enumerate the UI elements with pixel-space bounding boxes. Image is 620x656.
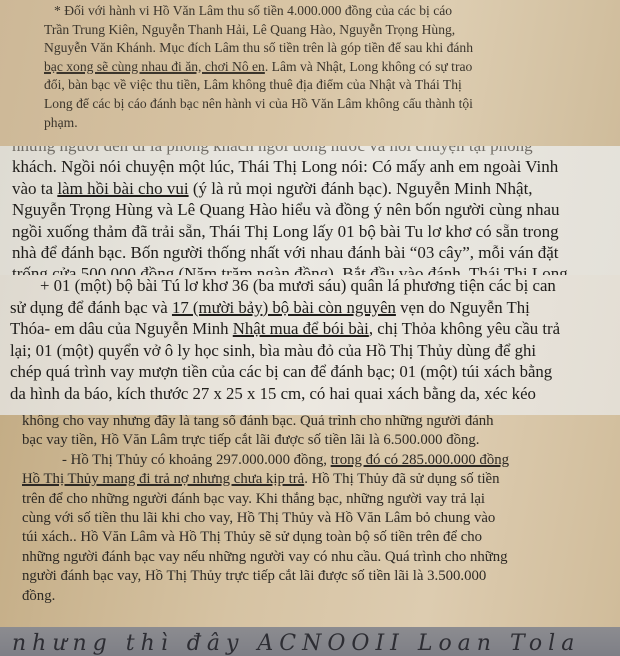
text-line: bạc xong sẽ cùng nhau đi ăn, chơi Nô en.… — [44, 58, 592, 77]
text-span: Thóa- em dâu của Nguyễn Minh — [10, 319, 233, 338]
document-strip-4: không cho vay nhưng đây là tang số đánh … — [0, 415, 620, 627]
text-line: chép quá trình vay mượn tiền của các bị … — [10, 361, 614, 383]
text-span: . Hồ Thị Thủy đã sử dụng số tiền — [304, 471, 499, 487]
document-strip-3: + 01 (một) bộ bài Tú lơ khơ 36 (ba mươi … — [0, 275, 620, 415]
text-line: Thóa- em dâu của Nguyễn Minh Nhật mua để… — [10, 318, 614, 340]
text-span: vẹn do Nguyễn Thị — [396, 298, 530, 317]
text-span: (ý là rủ mọi người đánh bạc). Nguyễn Min… — [189, 179, 533, 198]
document-strip-1: * Đối với hành vi Hồ Văn Lâm thu số tiền… — [0, 0, 620, 146]
text-line: sử dụng để đánh bạc và 17 (mười bảy) bộ … — [10, 297, 614, 319]
text-line: đồng. — [22, 587, 602, 606]
handwriting-text: nhưng thì đây ACNOOII Loan Tola — [12, 631, 580, 656]
text-line: Nguyễn Văn Khánh. Mục đích Lâm thu số ti… — [44, 39, 592, 58]
text-line: Long để các bị cáo đánh bạc nên hành vi … — [44, 95, 592, 114]
handwritten-strip: nhưng thì đây ACNOOII Loan Tola — [0, 627, 620, 656]
text-line: túi xách.. Hồ Văn Lâm và Hồ Thị Thủy sẽ … — [22, 528, 602, 547]
text-line: nhà để đánh bạc. Bốn người thống nhất vớ… — [12, 242, 610, 263]
underlined-text: làm hồi bài cho vui — [57, 179, 188, 198]
text-line: trên để cho những người đánh bạc vay. Kh… — [22, 490, 602, 509]
text-line: cùng với số tiền thu lãi khi cho vay, Hồ… — [22, 509, 602, 528]
text-line: Nguyễn Trọng Hùng và Lê Quang Hào hiểu v… — [12, 199, 610, 220]
underlined-text: 17 (mười bảy) bộ bài còn nguyên — [172, 298, 396, 317]
text-line: Trần Trung Kiên, Nguyễn Thanh Hải, Lê Qu… — [44, 21, 592, 40]
text-line: - Hồ Thị Thủy có khoảng 297.000.000 đồng… — [22, 451, 602, 470]
text-line: ngồi xuống thảm đã trải sẵn, Thái Thị Lo… — [12, 221, 610, 242]
text-line: vào ta làm hồi bài cho vui (ý là rủ mọi … — [12, 178, 610, 199]
text-span: sử dụng để đánh bạc và — [10, 298, 172, 317]
text-line: * Đối với hành vi Hồ Văn Lâm thu số tiền… — [44, 2, 592, 21]
document-strip-2: những người đến đi là phòng khách ngồi u… — [0, 146, 620, 275]
text-span: . Lâm và Nhật, Long không có sự trao — [265, 59, 472, 74]
underlined-text: Hồ Thị Thủy mang đi trả nợ nhưng chưa kị… — [22, 471, 304, 487]
text-line: phạm. — [44, 114, 592, 133]
underlined-text: bạc xong sẽ cùng nhau đi ăn, chơi Nô en — [44, 59, 265, 74]
text-line: đổi, bàn bạc về việc thu tiền, Lâm không… — [44, 76, 592, 95]
text-span: - Hồ Thị Thủy có khoảng 297.000.000 đồng… — [22, 452, 331, 468]
text-line: những người đánh bạc vay nếu những người… — [22, 548, 602, 567]
text-line: bạc vay tiền, Hồ Văn Lâm trực tiếp cắt l… — [22, 431, 602, 450]
text-line: Hồ Thị Thủy mang đi trả nợ nhưng chưa kị… — [22, 470, 602, 489]
underlined-text: trong đó có 285.000.000 đồng — [331, 452, 509, 468]
text-line: lại; 01 (một) quyển vở ô ly học sinh, bì… — [10, 340, 614, 362]
text-line: da hình da báo, kích thước 27 x 25 x 15 … — [10, 383, 614, 405]
underlined-text: Nhật mua để bói bài — [233, 319, 369, 338]
text-span: , chị Thỏa không yêu cầu trả — [369, 319, 560, 338]
text-line: không cho vay nhưng đây là tang số đánh … — [22, 415, 602, 431]
text-line: * Đối với hành vi Hồ Văn Lâm thu số tiền… — [44, 3, 452, 18]
text-span: vào ta — [12, 179, 57, 198]
text-line: khách. Ngồi nói chuyện một lúc, Thái Thị… — [12, 156, 610, 177]
cut-off-line: những người đến đi là phòng khách ngồi u… — [12, 146, 610, 156]
text-line: + 01 (một) bộ bài Tú lơ khơ 36 (ba mươi … — [10, 275, 614, 297]
text-line: người đánh bạc vay, Hồ Thị Thủy trực tiế… — [22, 567, 602, 586]
text-line: trống cửa 500.000 đồng (Năm trăm ngàn đồ… — [12, 263, 610, 275]
